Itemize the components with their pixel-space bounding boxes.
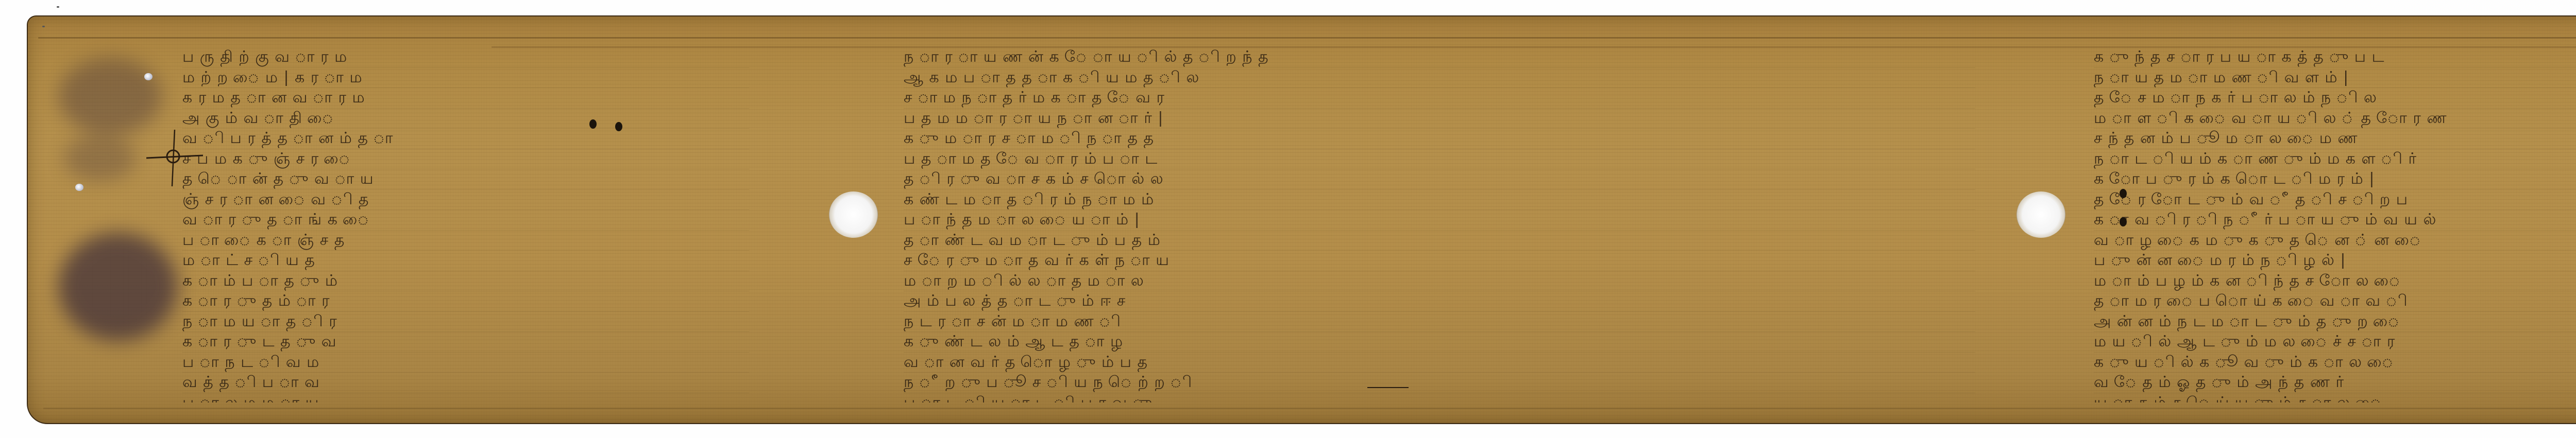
script-line: த ே ச ம ா ந க ர் ப ா ல ம் ந ி ல (2094, 88, 2576, 109)
binding-hole-left (829, 191, 878, 238)
script-line: வ ி ப ர த் த ா ன ம் த ா (182, 129, 749, 149)
script-line: ம ா ம் ப ழ ம் க ன ி ந் த ச ோ ல ை (2094, 271, 2576, 292)
script-line: த ெ ா ன் த ு வ ா ய (182, 169, 749, 190)
text-column-3: க ு ந் த ச ா ர ப ய ா க த் த ு ப ட ந ா ய … (2094, 47, 2576, 402)
script-line: க ு ந் த ச ா ர ப ய ா க த் த ு ப ட (2094, 47, 2576, 68)
script-line: க ு ம ா ர ச ா ம ி ந ா த த (904, 129, 1975, 149)
worm-hole (2120, 217, 2127, 226)
text-column-1: ப ரு தி ற் கு வ ா ர ம ம ற் ற ை ம | க ர ா… (182, 47, 749, 402)
script-line: க ா ர ு ட த ு வ (182, 332, 749, 353)
script-line: த ே ர ோ ட ு ம் வ ீ த ி ச ி ற ப (2094, 190, 2576, 211)
script-line: த ா ண் ட வ ம ா ட ு ம் ப த ம் (904, 231, 1975, 251)
leaf-grain (43, 408, 2576, 409)
script-line: வ ே த ம் ஓ த ு ம் அ ந் த ண ர் (2094, 373, 2576, 393)
script-line: வ ா ழ ை க ம ு க ு த ெ ன ் ன ை (2094, 231, 2576, 251)
script-line: க ு ண் ட ல ம் ஆ ட த ா ழ (904, 332, 1975, 353)
script-line: அ கு ம் வ ா தி ை (182, 109, 749, 129)
binding-hole-right (2016, 191, 2065, 238)
script-line: ம ற் ற ை ம | க ர ா ம (182, 68, 749, 89)
script-line: ம ா ட் ச ி ய த (182, 251, 749, 271)
worm-hole (589, 119, 597, 129)
script-line: க ு ய ி ல் க ூ வ ு ம் க ா ல ை (2094, 353, 2576, 373)
pin-hole (144, 73, 152, 80)
script-line: அ ன் ன ம் ந ட ம ா ட ு ம் த ு ற ை (2094, 312, 2576, 332)
script-line: த ி ர ு வ ா ச க ம் ச ொ ல் ல (904, 169, 1975, 190)
script-line: ப த ம ம ா ர ா ய ந ா ன ா ர் | (904, 109, 1975, 129)
scan-speck (57, 6, 59, 8)
script-line: ச ா ம ந ா த ர் ம க ா த ே வ ர (904, 88, 1975, 109)
underline-rule (1367, 387, 1409, 388)
leaf-grain (38, 37, 2576, 39)
script-line: வ ா ர ு த ா ங் க ை (182, 210, 749, 231)
script-line: ச ந் த ன ம் ப ூ ம ா ல ை ம ண (2094, 129, 2576, 149)
script-line: ப ு ன் ன ை ம ர ம் ந ி ழ ல் | (2094, 251, 2576, 271)
worm-hole (615, 122, 622, 131)
text-column-2: ந ா ர ா ய ண ன் க ே ா ய ி ல் த ி ற ந் த ஆ… (904, 47, 1975, 402)
script-line: அ ம் ப ல த் த ா ட ு ம் ஈ ச (904, 291, 1975, 312)
script-line: ச ே ர ு ம ா த வ ர் க ள் ந ா ய (904, 251, 1975, 271)
script-line: க ோ ப ு ர ம் க ொ ட ி ம ர ம் | (2094, 169, 2576, 190)
script-line: ப ா ை க ா ஞ் ச த (182, 231, 749, 251)
script-line: க ா வ ி ர ி ந ீ ர் ப ா ய ு ம் வ ய ல் (2094, 210, 2576, 231)
script-line: ஆ க ம ப ா த த ா க ி ய ம த ி ல (904, 68, 1975, 89)
script-line: ப த ா ம த ே வ ா ர ம் ப ா ட (904, 149, 1975, 170)
script-line: க ா ர ு த ம் ா ர (182, 291, 749, 312)
script-line: க ண் ட ம ா த ி ர ம் ந ா ம ம் (904, 190, 1975, 211)
scan-page: ப ரு தி ற் கு வ ா ர ம ம ற் ற ை ம | க ர ா… (0, 0, 2576, 438)
ink-stain (59, 233, 177, 341)
worm-hole (2120, 189, 2127, 198)
script-line: ம ா ற ம ி ல் ல ா த ம ா ல (904, 271, 1975, 292)
script-line: ப ா ல ம ம ா ய (182, 393, 749, 403)
script-line: ஞ் ச ர ா ன ை வ ி த (182, 190, 749, 211)
script-line: ந ா ய த ம ா ம ண ி வ ள ம் | (2094, 68, 2576, 89)
ink-stain (59, 58, 162, 135)
script-line: ந ட ர ா ச ன் ம ா ம ண ி (904, 312, 1975, 332)
script-line: ப ா ந் த ம ா ல ை ய ா ம் | (904, 210, 1975, 231)
script-line: ம ய ி ல் ஆ ட ு ம் ம ல ை ச் ச ா ர (2094, 332, 2576, 353)
palm-leaf: ப ரு தி ற் கு வ ா ர ம ம ற் ற ை ம | க ர ா… (27, 15, 2576, 424)
ink-stain (64, 135, 136, 181)
script-line: வ த் த ி ப ா வ (182, 373, 749, 393)
script-line: ம ா ள ி க ை வ ா ய ி ல ் த ோ ர ண (2094, 109, 2576, 129)
script-line: ந ா ட ி ய ம் க ா ண ு ம் ம க ள ி ர் (2094, 149, 2576, 170)
script-line: ந ா ர ா ய ண ன் க ே ா ய ி ல் த ி ற ந் த (904, 47, 1975, 68)
script-line: வ ா ன வ ர் த ொ ழ ு ம் ப த (904, 353, 1975, 373)
script-line: ந ீ ற ு ப ூ ச ி ய ந ெ ற் ற ி (904, 373, 1975, 393)
script-line: ந ா ம ய ா த ி ர (182, 312, 749, 332)
scan-speck (42, 26, 45, 27)
script-line: க ா ம் ப ா த ு ம் (182, 271, 749, 292)
script-line: க ர ம த ா ன வ ா ர ம (182, 88, 749, 109)
script-line: ப ா ந ட ி வ ம (182, 353, 749, 373)
script-line: ச ப ம க ு ஞ் ச ர ை (182, 149, 749, 170)
pin-hole (75, 184, 83, 191)
script-line: ப ரு தி ற் கு வ ா ர ம (182, 47, 749, 68)
script-line: த ா ம ர ை ப ொ ய் க ை வ ா வ ி (2094, 291, 2576, 312)
script-line: ப ா ட ி ய ா ட ி ப ர வ ு (904, 393, 1975, 403)
script-line: ய ா க ம் ச ெ ய் ய ு ம் ச ா ல ை (2094, 393, 2576, 403)
